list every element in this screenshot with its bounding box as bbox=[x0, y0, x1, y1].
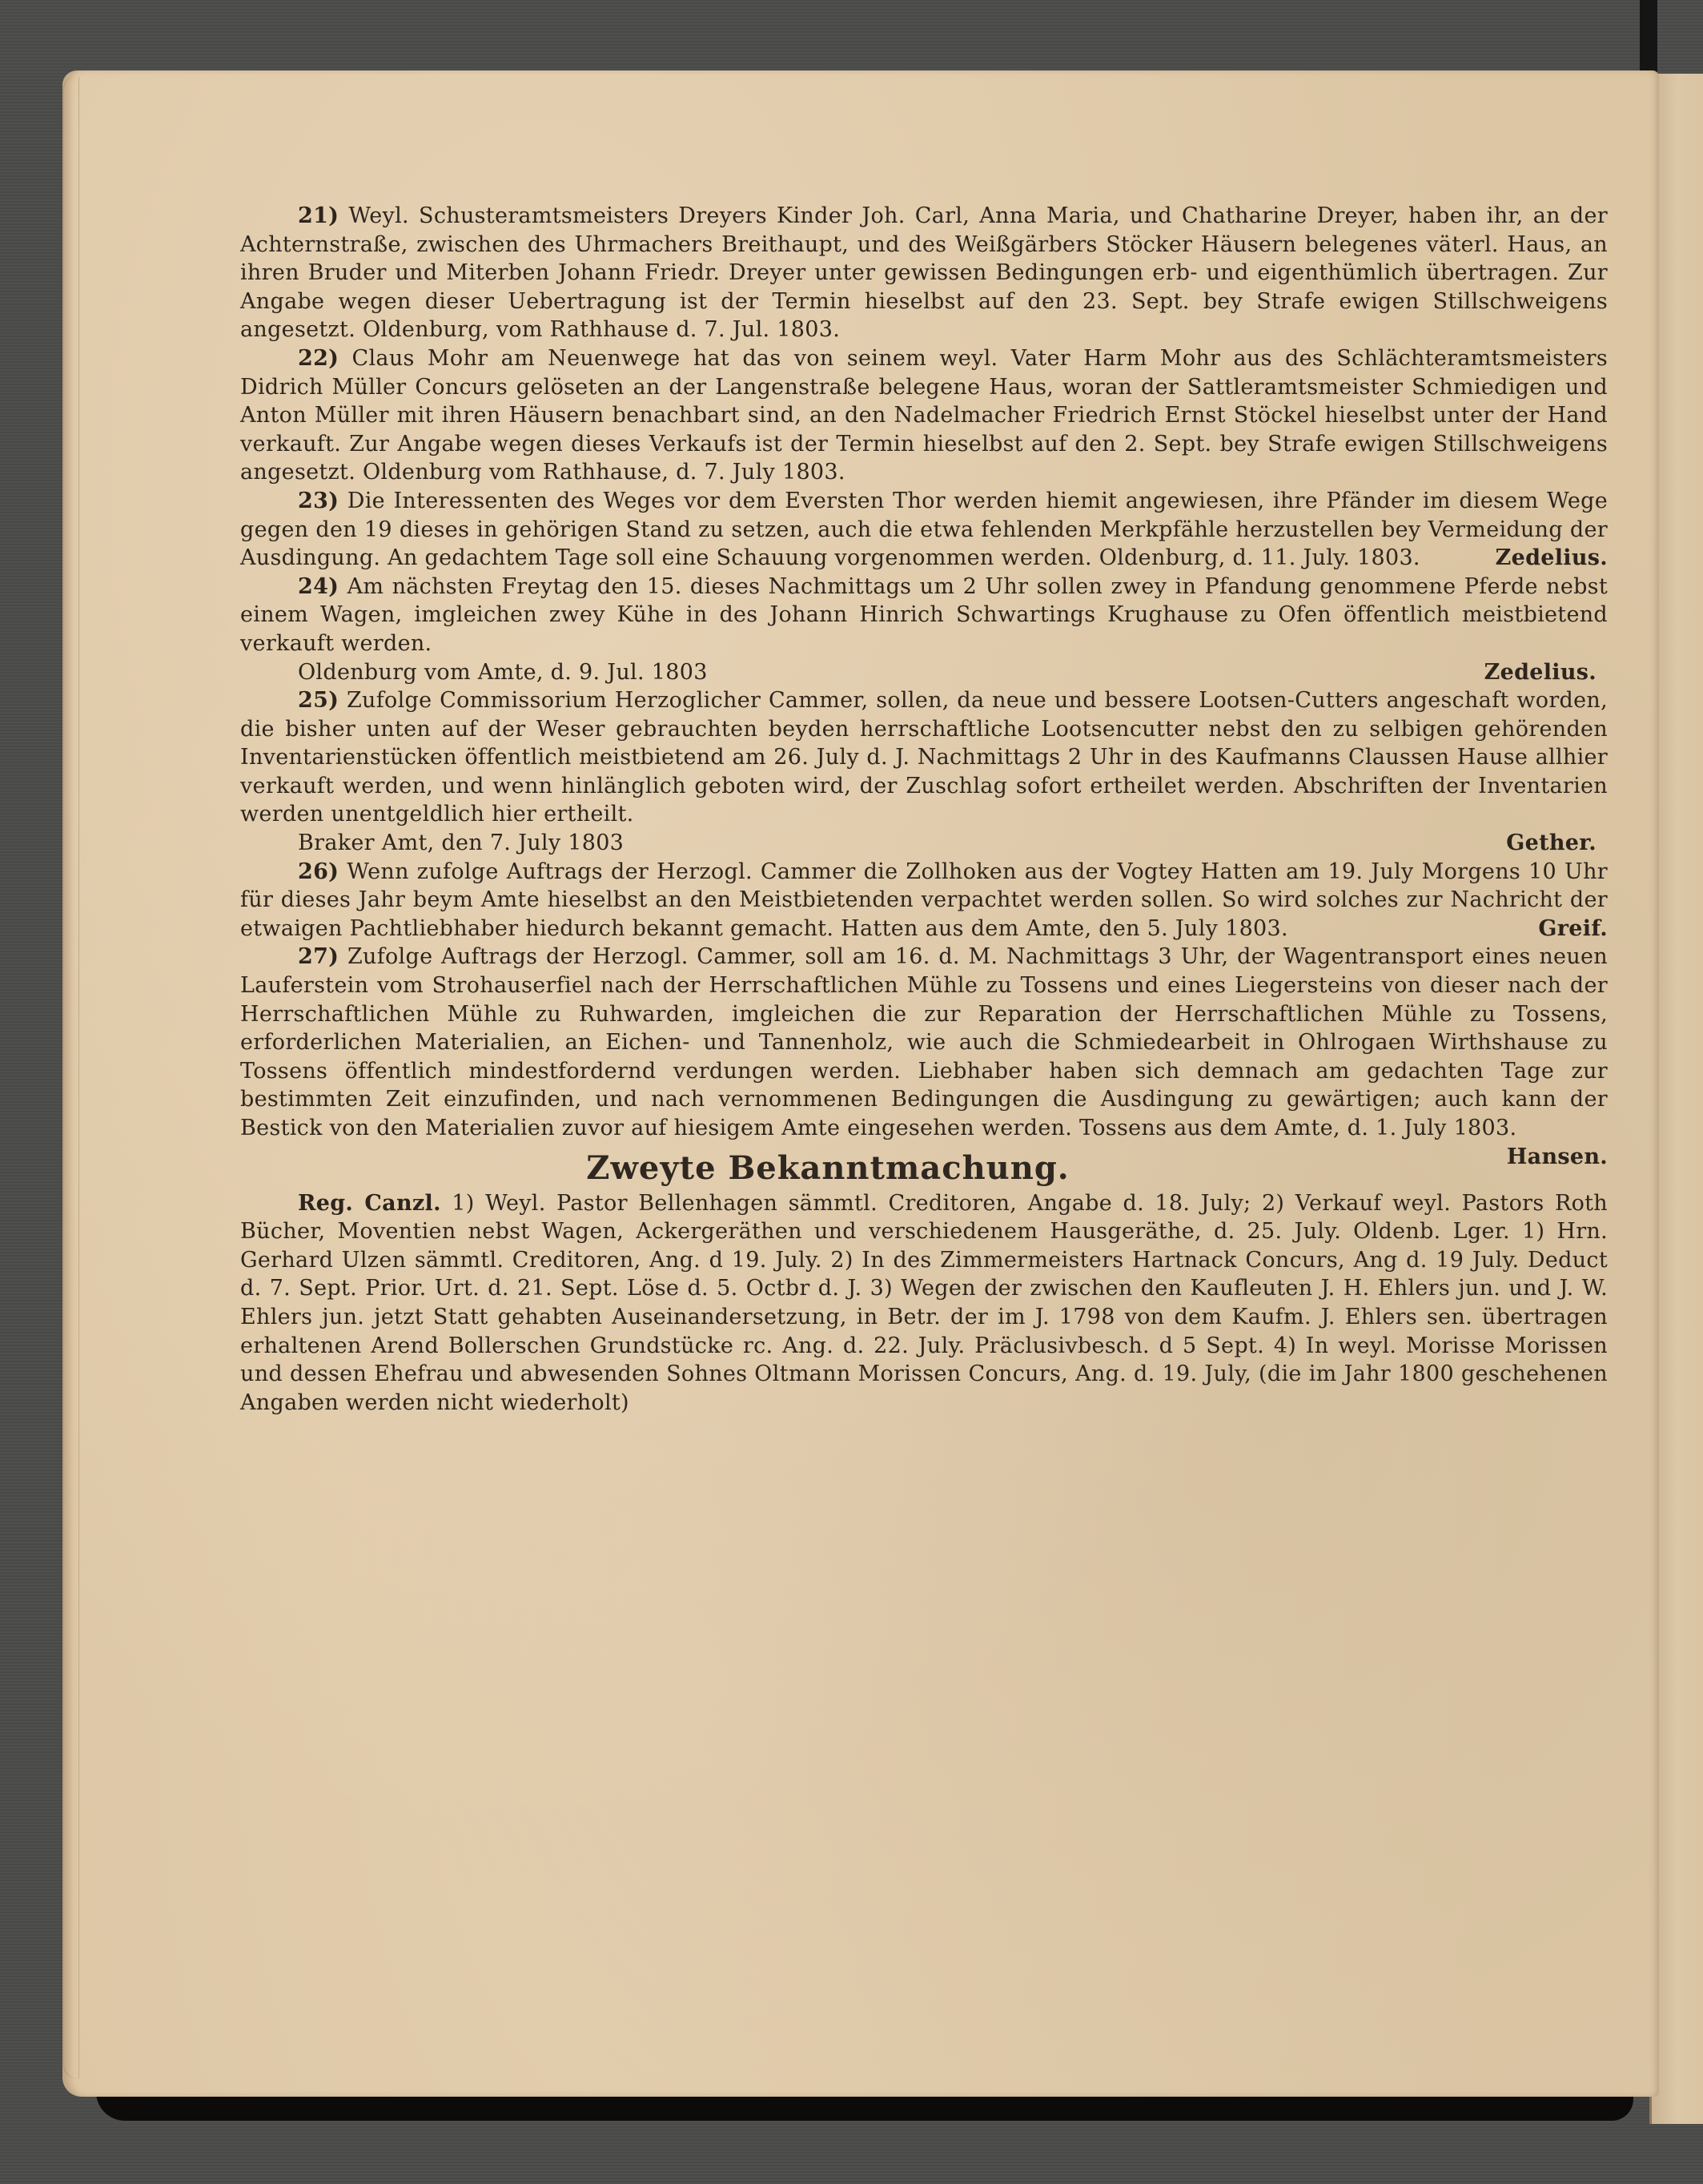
signature: Hansen. bbox=[1449, 1143, 1608, 1172]
entry-text: Zufolge Auftrags der Herzogl. Cammer, so… bbox=[240, 944, 1608, 1140]
signature: Zedelius. bbox=[1484, 658, 1597, 687]
entry-number: 27) bbox=[298, 944, 339, 969]
entry-text: Weyl. Schusteramtsmeisters Dreyers Kinde… bbox=[240, 203, 1608, 342]
entry-number: 26) bbox=[298, 859, 339, 884]
place-date: Oldenburg vom Amte, d. 9. Jul. 1803 bbox=[298, 658, 708, 687]
entry-25-signature-line: Braker Amt, den 7. July 1803 Gether. bbox=[240, 829, 1608, 858]
second-notice-text: 1) Weyl. Pastor Bellenhagen sämmtl. Cred… bbox=[240, 1191, 1608, 1415]
entry-number: 25) bbox=[298, 688, 339, 713]
entry-number: 21) bbox=[298, 203, 339, 228]
entry-23: 23) Die Interessenten des Weges vor dem … bbox=[240, 487, 1608, 573]
entry-22: 22) Claus Mohr am Neuenwege hat das von … bbox=[240, 344, 1608, 487]
entry-26: 26) Wenn zufolge Auftrags der Herzogl. C… bbox=[240, 858, 1608, 943]
second-notice-lead: Reg. Canzl. bbox=[298, 1191, 441, 1216]
entry-25: 25) Zufolge Commissorium Herzoglicher Ca… bbox=[240, 686, 1608, 829]
signature: Zedelius. bbox=[1438, 544, 1608, 573]
entry-text: Am nächsten Freytag den 15. dieses Nachm… bbox=[240, 574, 1608, 656]
entry-27: 27) Zufolge Auftrags der Herzogl. Cammer… bbox=[240, 943, 1608, 1142]
entry-24: 24) Am nächsten Freytag den 15. dieses N… bbox=[240, 573, 1608, 658]
page-stack-edges bbox=[62, 77, 79, 2079]
signature: Greif. bbox=[1480, 915, 1608, 943]
entry-text: Claus Mohr am Neuenwege hat das von sein… bbox=[240, 346, 1608, 485]
entry-number: 24) bbox=[298, 574, 339, 599]
entry-text: Zufolge Commissorium Herzoglicher Cammer… bbox=[240, 688, 1608, 827]
entry-21: 21) Weyl. Schusteramtsmeisters Dreyers K… bbox=[240, 202, 1608, 344]
entry-number: 23) bbox=[298, 489, 339, 513]
entry-24-signature-line: Oldenburg vom Amte, d. 9. Jul. 1803 Zede… bbox=[240, 658, 1608, 687]
entry-number: 22) bbox=[298, 346, 339, 371]
second-notice: Reg. Canzl. 1) Weyl. Pastor Bellenhagen … bbox=[240, 1189, 1608, 1418]
place-date: Braker Amt, den 7. July 1803 bbox=[298, 829, 624, 858]
signature: Gether. bbox=[1506, 829, 1597, 858]
section-heading: Zweyte Bekanntmachung. bbox=[240, 1148, 1608, 1189]
entry-text: Die Interessenten des Weges vor dem Ever… bbox=[240, 489, 1608, 570]
spine-shadow bbox=[1640, 0, 1657, 74]
page-text-block: 21) Weyl. Schusteramtsmeisters Dreyers K… bbox=[240, 202, 1608, 1417]
entry-text: Wenn zufolge Auftrags der Herzogl. Camme… bbox=[240, 859, 1608, 941]
